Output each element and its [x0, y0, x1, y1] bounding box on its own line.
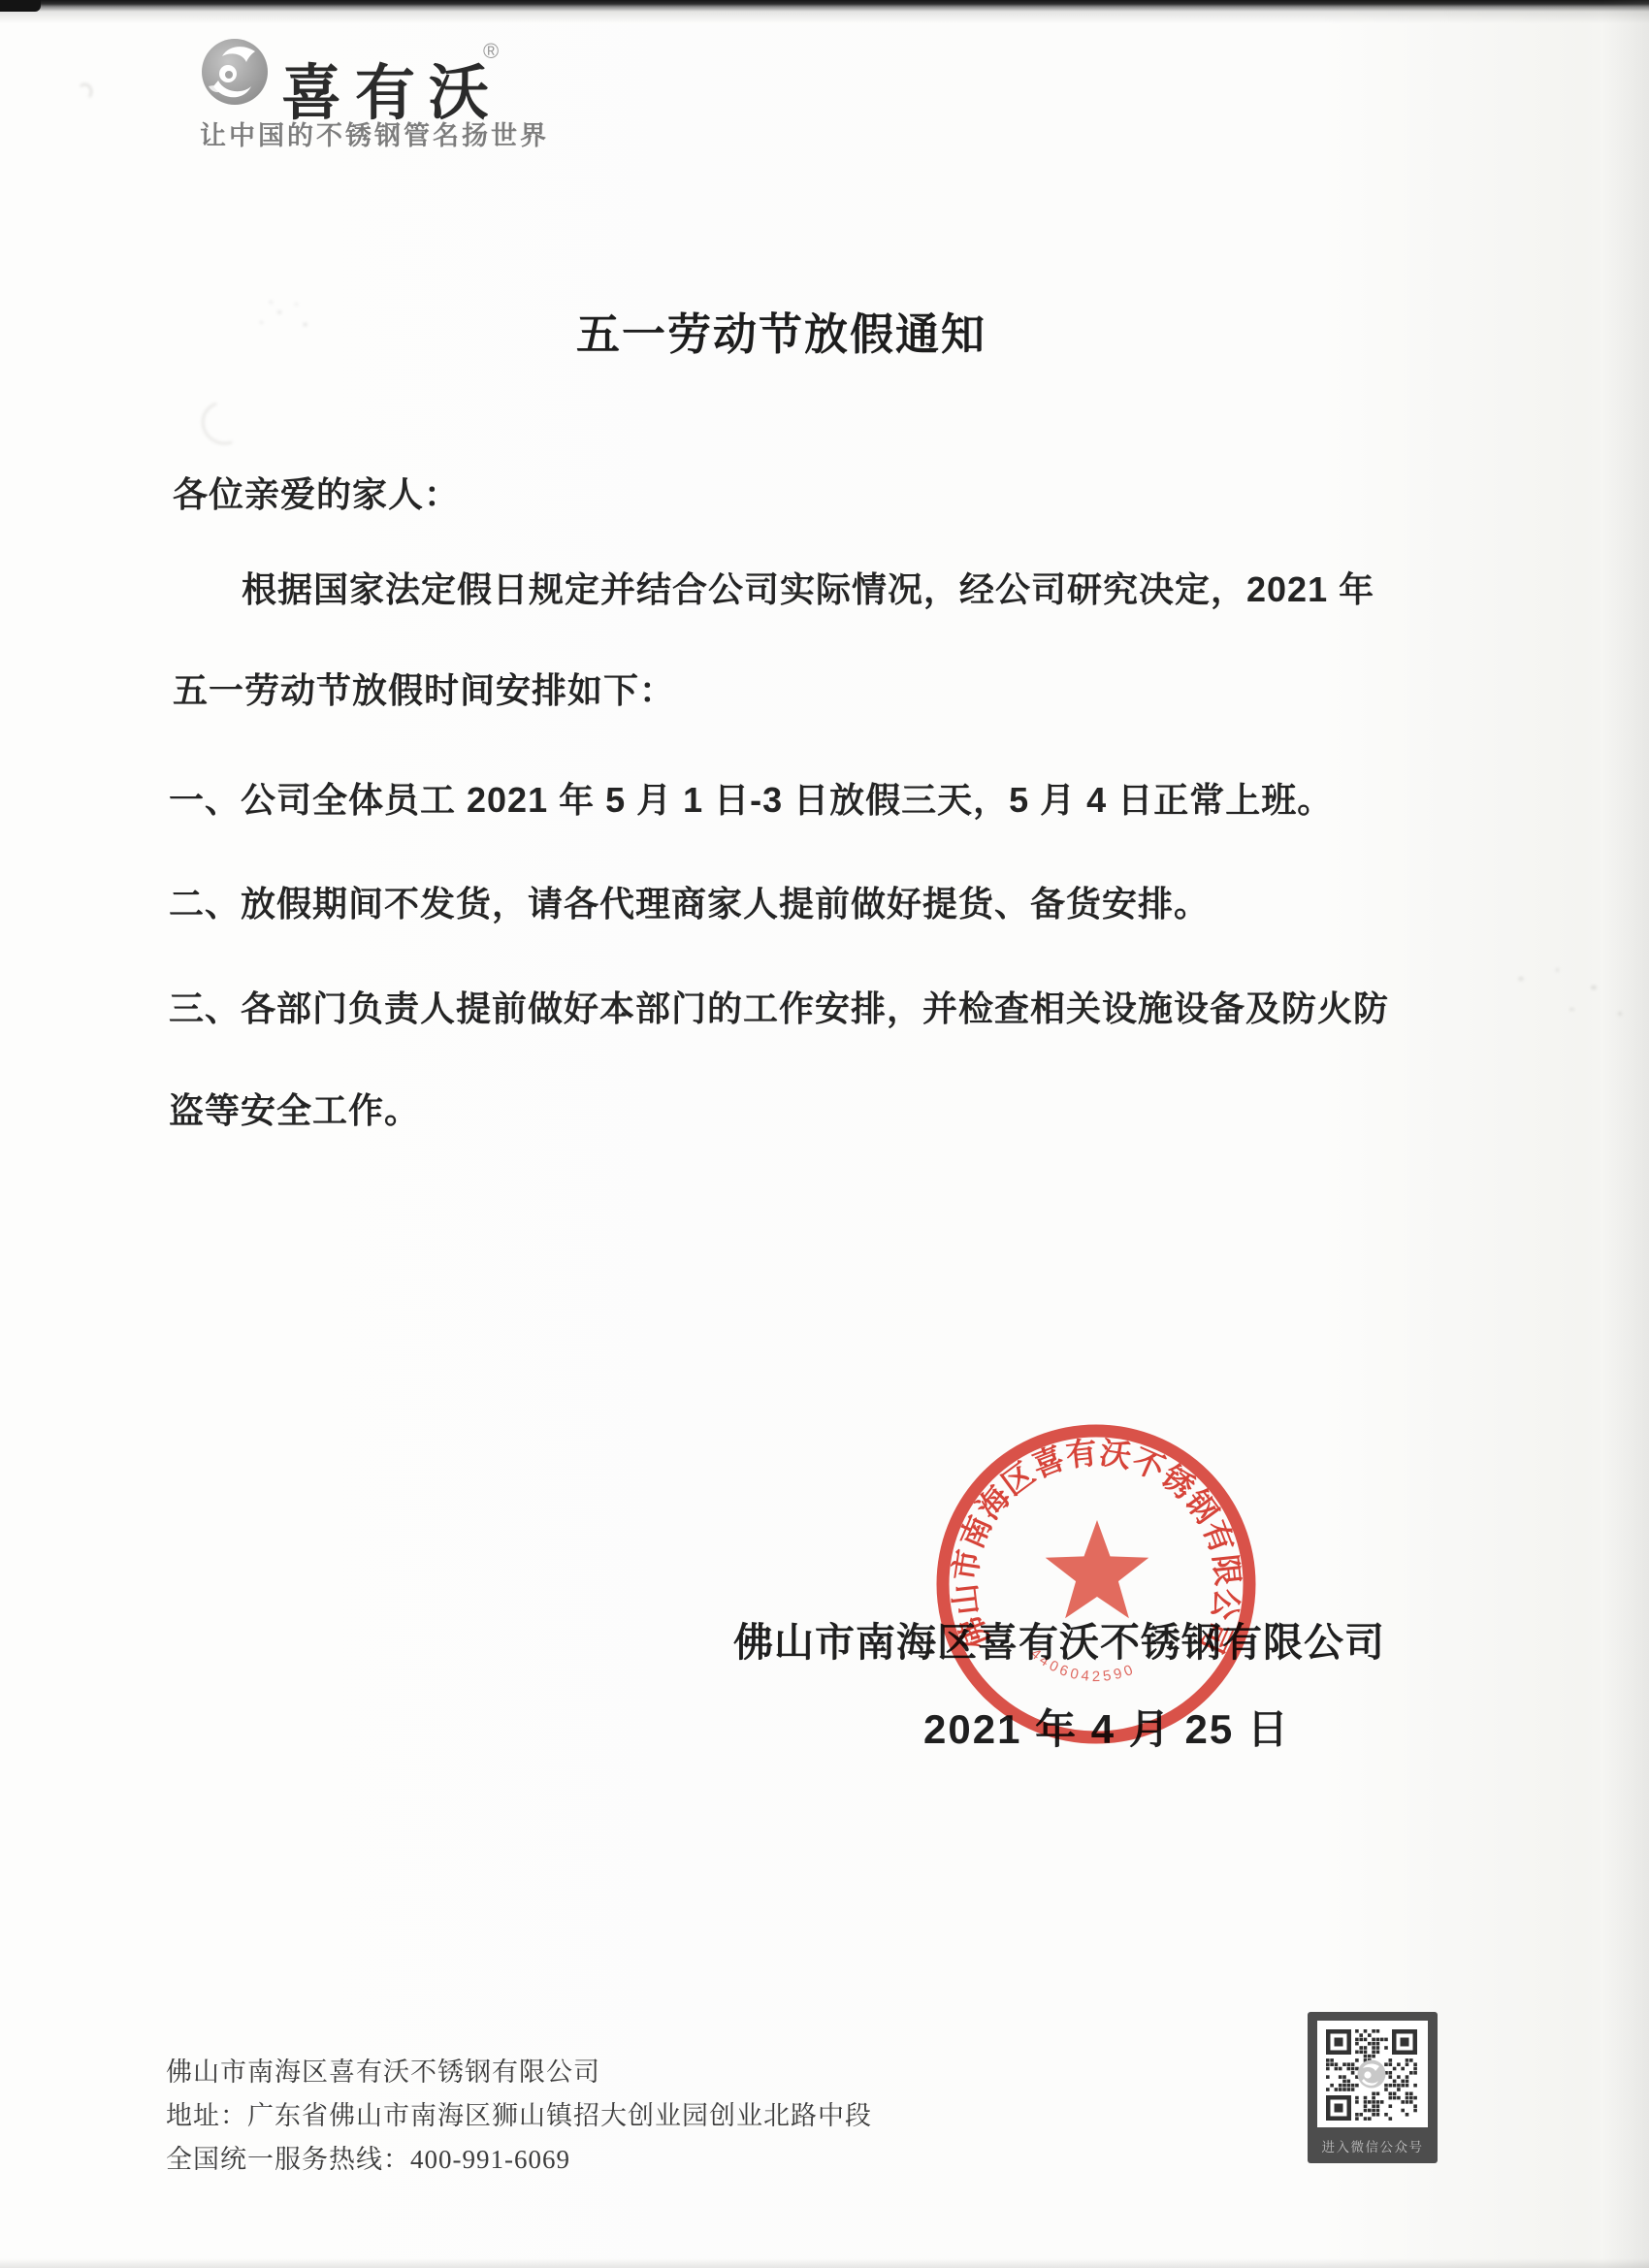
qr-finder-icon — [1326, 2029, 1351, 2055]
scan-smudge — [195, 394, 253, 451]
footer-address: 地址：广东省佛山市南海区狮山镇招大创业园创业北路中段 — [166, 2094, 872, 2132]
scan-top-edge-artifact — [0, 0, 1649, 23]
footer-company: 佛山市南海区喜有沃不锈钢有限公司 — [166, 2051, 600, 2089]
wechat-qr-code: 进入微信公众号 — [1308, 2012, 1438, 2163]
notice-item-3-line-2: 盗等安全工作。 — [169, 1084, 420, 1133]
intro-line-2: 五一劳动节放假时间安排如下： — [173, 664, 675, 713]
registered-trademark-icon: ® — [483, 39, 499, 64]
qr-finder-icon — [1326, 2095, 1351, 2121]
scan-corner-artifact — [0, 0, 41, 12]
salutation: 各位亲爱的家人： — [173, 468, 460, 517]
svg-text:4406042590: 4406042590 — [1027, 1645, 1139, 1685]
scan-bottom-shadow — [0, 2258, 1649, 2268]
qr-caption: 进入微信公众号 — [1322, 2139, 1424, 2155]
swirl-icon — [199, 36, 271, 108]
qr-finder-icon — [1392, 2029, 1417, 2055]
document-title: 五一劳动节放假通知 — [576, 299, 986, 362]
scan-smudge — [254, 294, 314, 335]
scan-smudge — [78, 83, 92, 100]
notice-item-2: 二、放假期间不发货，请各代理商家人提前做好提货、备货安排。 — [169, 877, 1210, 926]
scan-right-shadow — [1602, 0, 1649, 2268]
brand-tagline: 让中国的不锈钢管名扬世界 — [200, 114, 549, 152]
notice-item-1: 一、公司全体员工 2021 年 5 月 1 日-3 日放假三天，5 月 4 日正… — [169, 773, 1333, 823]
scan-smudge — [1492, 953, 1637, 1040]
document-page: 喜有沃 ® 让中国的不锈钢管名扬世界 五一劳动节放假通知 各位亲爱的家人： 根据… — [0, 0, 1649, 2268]
company-seal-stamp: 佛山市南海区喜有沃不锈钢有限公司 4406042590 — [929, 1417, 1263, 1751]
seal-serial-number: 4406042590 — [1027, 1645, 1139, 1685]
notice-item-3-line-1: 三、各部门负责人提前做好本部门的工作安排，并检查相关设施设备及防火防 — [169, 982, 1389, 1031]
footer-hotline: 全国统一服务热线：400-991-6069 — [166, 2138, 570, 2176]
intro-line-1: 根据国家法定假日规定并结合公司实际情况，经公司研究决定，2021 年 — [242, 563, 1374, 612]
seal-star-icon — [1046, 1520, 1149, 1618]
